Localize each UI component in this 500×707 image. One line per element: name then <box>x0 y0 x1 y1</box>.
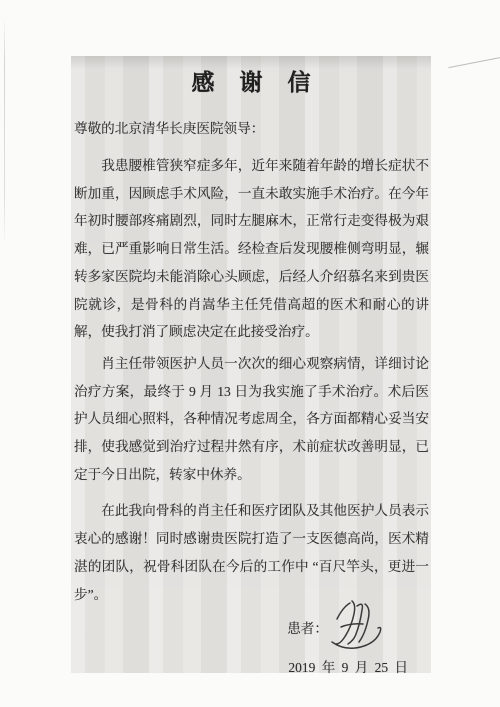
letter-paragraph: 在此我向骨科的肖主任和医疗团队及其他医护人员表示衷心的感谢！同时感谢贵医院打造了… <box>74 497 429 608</box>
signature-row: 患者： <box>74 610 429 652</box>
signature-label: 患者： <box>287 620 328 638</box>
letter-date: 2019 年 9 月 25 日 <box>74 656 429 676</box>
scan-edge-line <box>4 16 5 246</box>
scan-scratch-mark <box>448 57 500 68</box>
letter-body: 我患腰椎管狭窄症多年，近年来随着年龄的增长症状不断加重，因顾虑手术风险，一直未敢… <box>74 152 429 608</box>
scanned-letter-page: 感 谢 信 尊敬的北京清华长庚医院领导： 我患腰椎管狭窄症多年，近年来随着年龄的… <box>71 56 431 673</box>
patient-signature-scribble <box>329 597 387 653</box>
letter-paragraph: 肖主任带领医护人员一次次的细心观察病情，详细讨论治疗方案，最终于 9 月 13 … <box>74 350 429 489</box>
letter-paragraph: 我患腰椎管狭窄症多年，近年来随着年龄的增长症状不断加重，因顾虑手术风险，一直未敢… <box>74 152 429 346</box>
letter-title: 感 谢 信 <box>74 67 429 99</box>
letter-salutation: 尊敬的北京清华长庚医院领导： <box>74 120 429 138</box>
